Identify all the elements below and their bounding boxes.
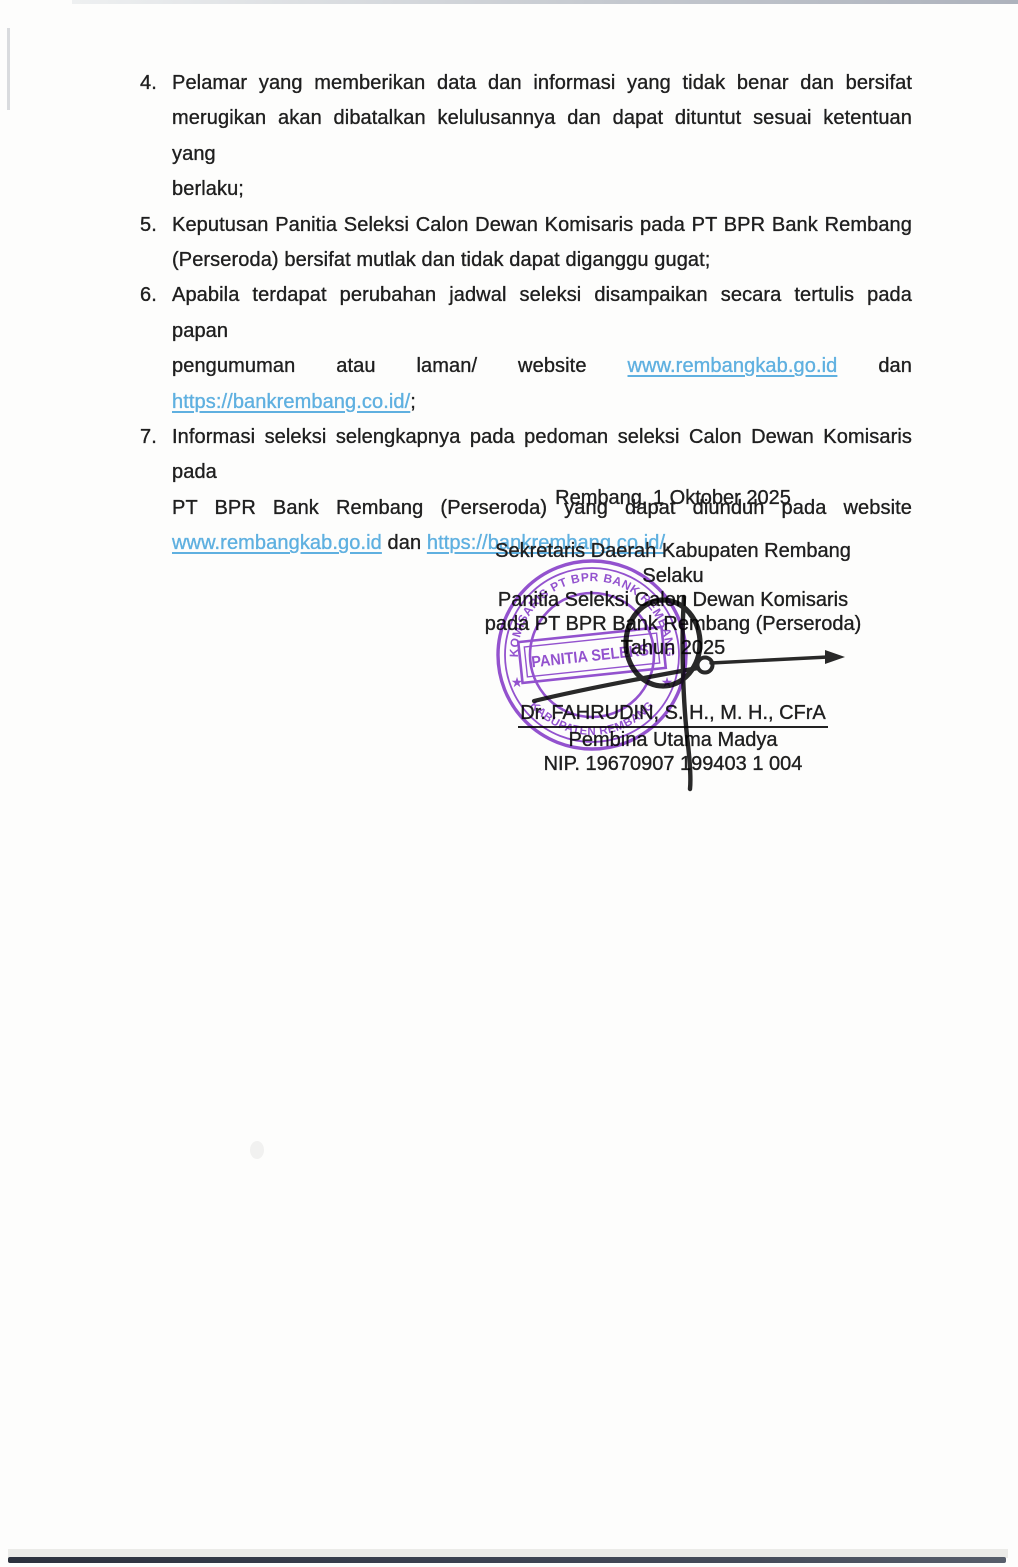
scan-artifact-left-edge bbox=[7, 28, 10, 110]
text-segment: pengumuman atau laman/ website bbox=[172, 355, 628, 377]
list-item-number: 4. bbox=[140, 66, 172, 208]
list-item: 6.Apabila terdapat perubahan jadwal sele… bbox=[140, 278, 912, 420]
text-segment: merugikan akan dibatalkan kelulusannya d… bbox=[172, 107, 912, 164]
list-item: 5.Keputusan Panitia Seleksi Calon Dewan … bbox=[140, 208, 912, 279]
text-line: merugikan akan dibatalkan kelulusannya d… bbox=[172, 101, 912, 172]
document-page: 4.Pelamar yang memberikan data dan infor… bbox=[0, 0, 1018, 1567]
signature-vertical-stroke bbox=[683, 597, 691, 789]
hyperlink[interactable]: www.rembangkab.go.id bbox=[172, 532, 382, 554]
text-line: pengumuman atau laman/ website www.remba… bbox=[172, 349, 912, 384]
text-segment: Informasi seleksi selengkapnya pada pedo… bbox=[172, 426, 912, 483]
text-segment: berlaku; bbox=[172, 178, 244, 200]
text-line: berlaku; bbox=[172, 172, 912, 207]
scan-artifact-smudge bbox=[250, 1141, 264, 1159]
text-line: Pelamar yang memberikan data dan informa… bbox=[172, 66, 912, 101]
text-line: Keputusan Panitia Seleksi Calon Dewan Ko… bbox=[172, 208, 912, 243]
text-line: (Perseroda) bersifat mutlak dan tidak da… bbox=[172, 243, 912, 278]
text-segment: dan bbox=[837, 355, 912, 377]
list-item: 4.Pelamar yang memberikan data dan infor… bbox=[140, 66, 912, 208]
list-item-number: 5. bbox=[140, 208, 172, 279]
list-item-text: Apabila terdapat perubahan jadwal seleks… bbox=[172, 278, 912, 420]
signature bbox=[508, 583, 853, 798]
signature-arrowhead bbox=[825, 650, 845, 664]
text-line: Apabila terdapat perubahan jadwal seleks… bbox=[172, 278, 912, 349]
text-segment: Keputusan Panitia Seleksi Calon Dewan Ko… bbox=[172, 214, 912, 236]
text-segment: ; bbox=[410, 391, 416, 413]
text-line: Informasi seleksi selengkapnya pada pedo… bbox=[172, 420, 912, 491]
signature-flourish bbox=[711, 657, 828, 663]
scan-artifact-top-edge bbox=[72, 0, 1018, 4]
hyperlink[interactable]: https://bankrembang.co.id/ bbox=[172, 391, 410, 413]
list-item-text: Keputusan Panitia Seleksi Calon Dewan Ko… bbox=[172, 208, 912, 279]
scan-artifact-bottom-edge bbox=[8, 1557, 1006, 1563]
text-segment: Apabila terdapat perubahan jadwal seleks… bbox=[172, 284, 912, 341]
list-item-text: Pelamar yang memberikan data dan informa… bbox=[172, 66, 912, 208]
date-line: Rembang, 1 Oktober 2025 bbox=[450, 486, 896, 510]
signature-knot bbox=[698, 658, 713, 673]
text-segment: dan bbox=[382, 532, 427, 554]
text-segment: (Perseroda) bersifat mutlak dan tidak da… bbox=[172, 249, 710, 271]
text-line: https://bankrembang.co.id/; bbox=[172, 385, 912, 420]
text-segment: Pelamar yang memberikan data dan informa… bbox=[172, 72, 912, 94]
list-item-number: 7. bbox=[140, 420, 172, 562]
list-item-number: 6. bbox=[140, 278, 172, 420]
hyperlink[interactable]: www.rembangkab.go.id bbox=[628, 355, 838, 377]
